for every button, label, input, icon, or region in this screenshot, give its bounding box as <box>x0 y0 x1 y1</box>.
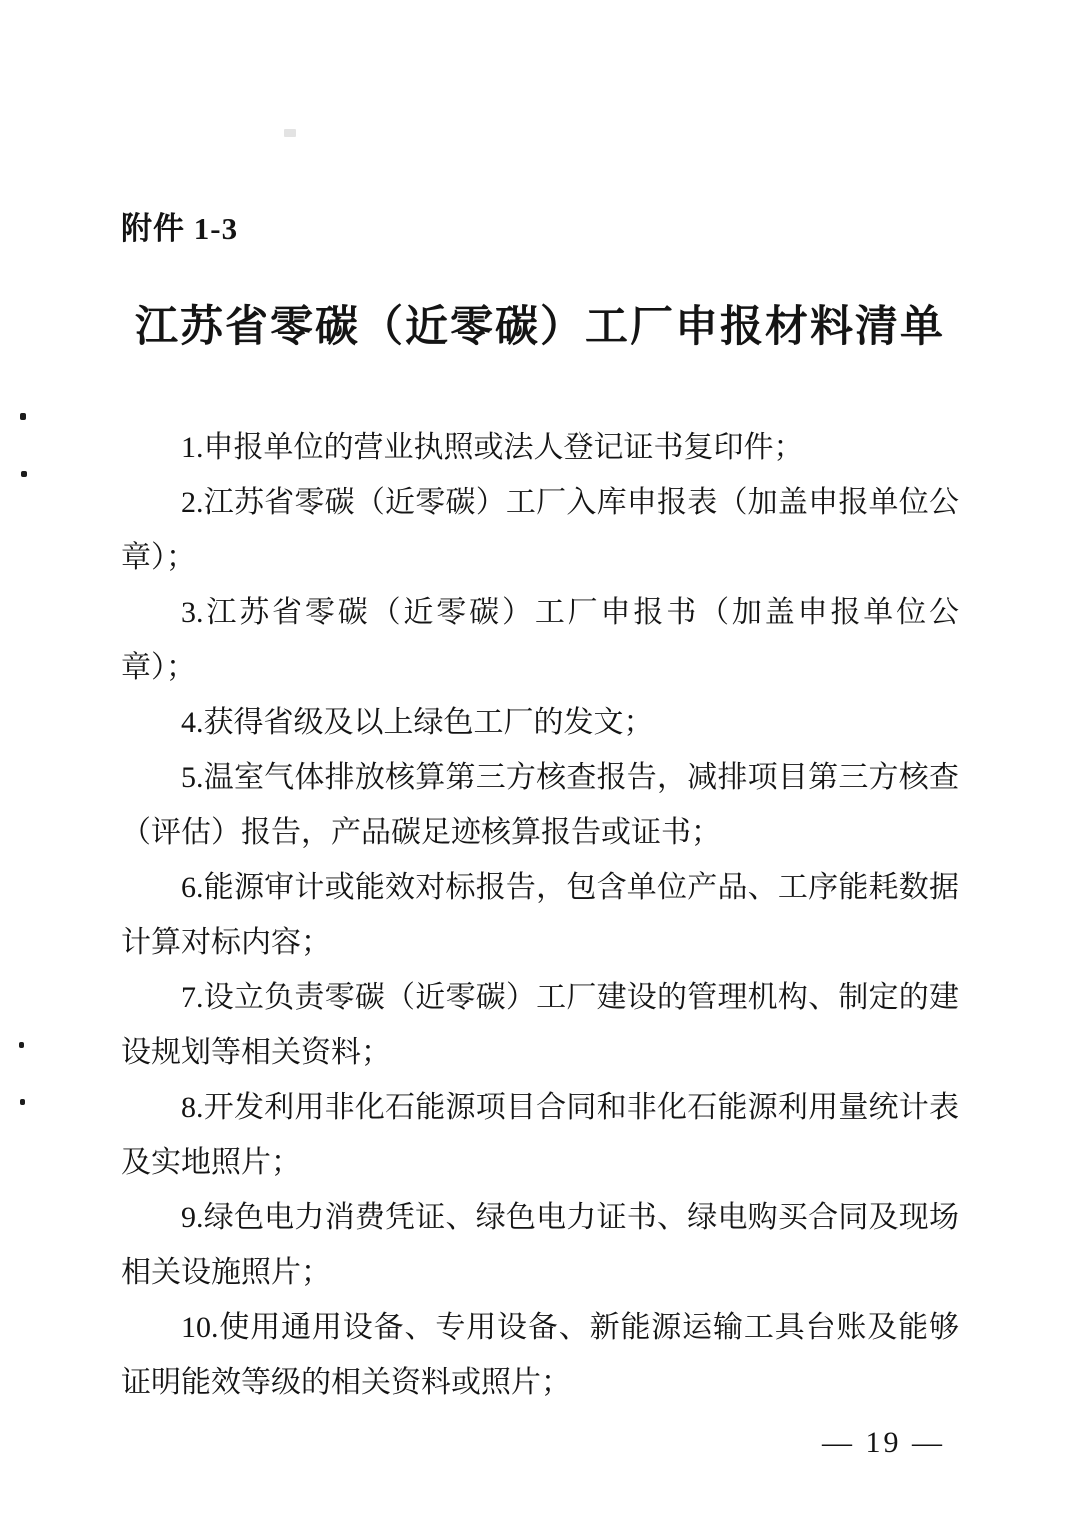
list-item-8: 8.开发利用非化石能源项目合同和非化石能源利用量统计表及实地照片； <box>121 1080 959 1190</box>
list-item-10: 10.使用通用设备、专用设备、新能源运输工具台账及能够证明能效等级的相关资料或照… <box>121 1300 959 1410</box>
document-page: 附件 1-3 江苏省零碳（近零碳）工厂申报材料清单 1.申报单位的营业执照或法人… <box>0 0 1080 1539</box>
list-item-3: 3.江苏省零碳（近零碳）工厂申报书（加盖申报单位公章）； <box>121 585 959 695</box>
scan-speck <box>20 1099 25 1105</box>
scan-speck <box>20 413 26 420</box>
list-item-5: 5.温室气体排放核算第三方核查报告，减排项目第三方核查（评估）报告，产品碳足迹核… <box>121 750 959 860</box>
list-item-4: 4.获得省级及以上绿色工厂的发文； <box>121 695 959 750</box>
document-title: 江苏省零碳（近零碳）工厂申报材料清单 <box>0 302 1080 354</box>
list-item-9: 9.绿色电力消费凭证、绿色电力证书、绿电购买合同及现场相关设施照片； <box>121 1190 959 1300</box>
material-list: 1.申报单位的营业执照或法人登记证书复印件； 2.江苏省零碳（近零碳）工厂入库申… <box>121 420 959 1410</box>
scan-speck <box>19 1042 24 1048</box>
scan-speck <box>21 471 27 477</box>
list-item-1: 1.申报单位的营业执照或法人登记证书复印件； <box>121 420 959 475</box>
attachment-label: 附件 1-3 <box>121 203 238 248</box>
list-item-2: 2.江苏省零碳（近零碳）工厂入库申报表（加盖申报单位公章）； <box>121 475 959 585</box>
page-number: — 19 — <box>822 1426 945 1460</box>
list-item-6: 6.能源审计或能效对标报告，包含单位产品、工序能耗数据计算对标内容； <box>121 860 959 970</box>
list-item-7: 7.设立负责零碳（近零碳）工厂建设的管理机构、制定的建设规划等相关资料； <box>121 970 959 1080</box>
scan-speck <box>284 129 296 137</box>
